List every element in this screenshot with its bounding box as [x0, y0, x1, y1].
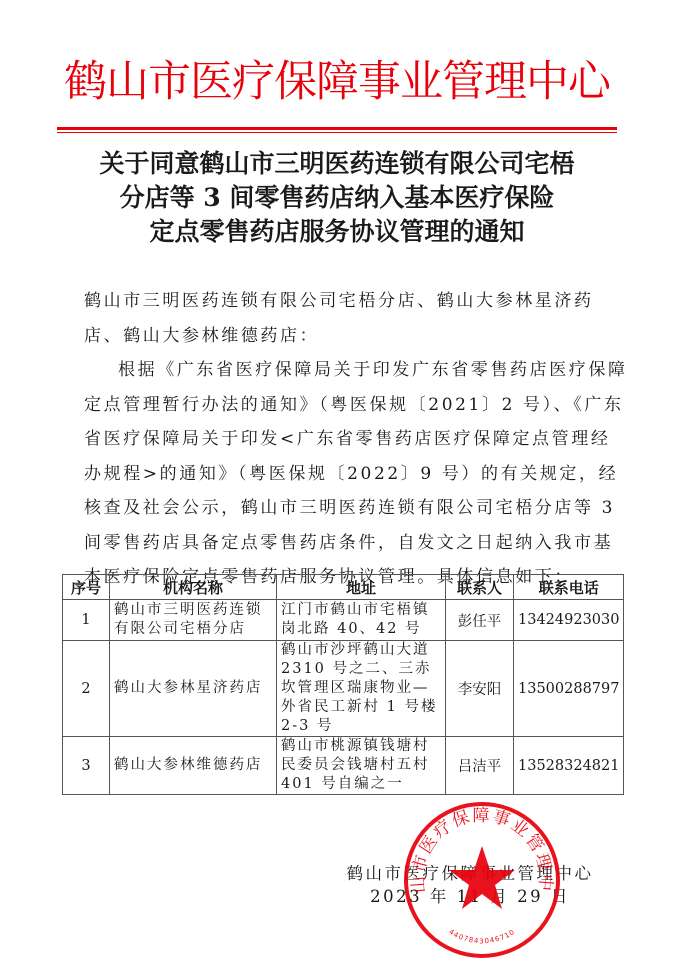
document-title: 关于同意鹤山市三明医药连锁有限公司宅梧 分店等 3 间零售药店纳入基本医疗保险 … [0, 147, 674, 249]
cell-address: 江门市鹤山市宅梧镇岗北路 40、42 号 [277, 600, 446, 641]
cell-no: 3 [63, 737, 110, 795]
header-no: 序号 [63, 575, 110, 600]
masthead-divider-thin [57, 132, 617, 133]
svg-text:4407843046710: 4407843046710 [447, 928, 516, 945]
cell-phone: 13528324821 [514, 737, 624, 795]
masthead-org-name: 鹤山市医疗保障事业管理中心 [0, 52, 674, 112]
cell-contact: 吕洁平 [446, 737, 514, 795]
title-line: 关于同意鹤山市三明医药连锁有限公司宅梧 [0, 147, 674, 181]
header-phone: 联系电话 [514, 575, 624, 600]
cell-name: 鹤山大参林星济药店 [110, 641, 277, 737]
table-row: 1 鹤山市三明医药连锁有限公司宅梧分店 江门市鹤山市宅梧镇岗北路 40、42 号… [63, 600, 624, 641]
title-line: 定点零售药店服务协议管理的通知 [0, 215, 674, 249]
title-line: 分店等 3 间零售药店纳入基本医疗保险 [0, 181, 674, 215]
masthead-divider-thick [57, 127, 617, 130]
cell-no: 1 [63, 600, 110, 641]
cell-address: 鹤山市桃源镇钱塘村民委员会钱塘村五村401 号自编之一 [277, 737, 446, 795]
cell-phone: 13500288797 [514, 641, 624, 737]
cell-address: 鹤山市沙坪鹤山大道2310 号之二、三赤坎管理区瑞康物业—外省民工新村 1 号楼… [277, 641, 446, 737]
official-seal-icon: 鹤山市医疗保障事业管理中心 4407843046710 [402, 800, 562, 960]
header-contact: 联系人 [446, 575, 514, 600]
addressee: 鹤山市三明医药连锁有限公司宅梧分店、鹤山大参林星济药店、鹤山大参林维德药店： [84, 284, 630, 353]
main-paragraph: 根据《广东省医疗保障局关于印发广东省零售药店医疗保障定点管理暂行办法的通知》（粤… [84, 353, 630, 595]
cell-contact: 彭任平 [446, 600, 514, 641]
cell-name: 鹤山大参林维德药店 [110, 737, 277, 795]
cell-no: 2 [63, 641, 110, 737]
cell-phone: 13424923030 [514, 600, 624, 641]
header-name: 机构名称 [110, 575, 277, 600]
header-address: 地址 [277, 575, 446, 600]
table-row: 2 鹤山大参林星济药店 鹤山市沙坪鹤山大道2310 号之二、三赤坎管理区瑞康物业… [63, 641, 624, 737]
cell-contact: 李安阳 [446, 641, 514, 737]
document-body: 鹤山市三明医药连锁有限公司宅梧分店、鹤山大参林星济药店、鹤山大参林维德药店： 根… [84, 284, 630, 595]
table-row: 3 鹤山大参林维德药店 鹤山市桃源镇钱塘村民委员会钱塘村五村401 号自编之一 … [63, 737, 624, 795]
table-header-row: 序号 机构名称 地址 联系人 联系电话 [63, 575, 624, 600]
cell-name: 鹤山市三明医药连锁有限公司宅梧分店 [110, 600, 277, 641]
pharmacy-table: 序号 机构名称 地址 联系人 联系电话 1 鹤山市三明医药连锁有限公司宅梧分店 … [62, 574, 624, 795]
